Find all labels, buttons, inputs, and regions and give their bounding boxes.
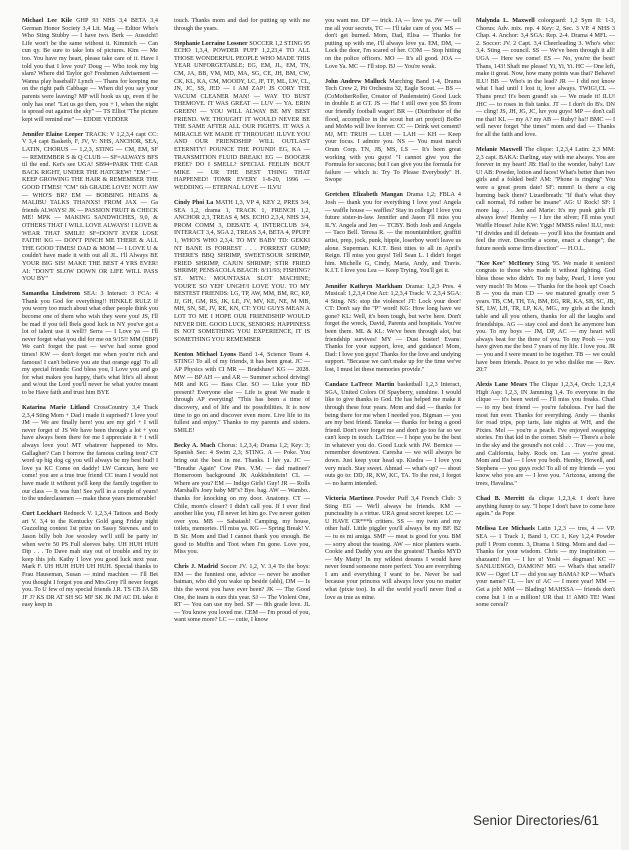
- senior-text: Sting '95. We made it seniors! congrats …: [476, 261, 615, 373]
- senior-text: Band 1-4, Science Team 4. STING! To all …: [174, 352, 310, 434]
- page-footer-label: Senior Directories/61: [473, 813, 599, 828]
- senior-entry: Gretchen Elizabeth Mangan Drama 1,2; FBL…: [325, 192, 461, 276]
- senior-text: CrossCountry 3,4 Track 2,3,4 Sting Mom +…: [22, 405, 158, 502]
- senior-text: Marching Band 1-4, Drama Tech Crew 2, Pi…: [325, 79, 461, 184]
- senior-entry: Kenton Michael Lyons Band 1-4, Science T…: [174, 352, 310, 436]
- senior-text: colorguard: 1,2 Sym II: 1-3, Chorus: Adv…: [476, 18, 615, 138]
- senior-name: Curt Lockhart: [22, 511, 61, 517]
- senior-name: Cindy Phoi La: [174, 200, 213, 206]
- column-2: touch. Thanks mom and dad for putting up…: [174, 18, 310, 633]
- senior-text: basketball 1,2,3 Interact, SGA, United C…: [325, 382, 461, 487]
- senior-text: SOCCER 1,2 STING 95 ECHO 1,3,4, POWDER P…: [174, 41, 310, 191]
- senior-entry: Curt Lockhart Redneck V. 1,2,3,4 Tattoos…: [22, 511, 158, 610]
- senior-entry: Melissa Lee Michaels Latin 1,2,3 — tres,…: [476, 526, 615, 610]
- page-edge-shadow: [621, 0, 629, 850]
- senior-name: Kenton Michael Lyons: [174, 352, 236, 358]
- senior-entry-continued: you want me. DF — trick. JA — love ya. J…: [325, 18, 461, 71]
- senior-name: Alexis Lane Mears: [476, 382, 527, 388]
- senior-entry: Jennifer Elaine Leeper TRACK: V 1,2,3,4 …: [22, 132, 158, 284]
- yearbook-page: Michael Lee Kile GHP 93 NHS 3,4 BETA 3,4…: [22, 18, 619, 800]
- senior-name: Jennifer Kathryn Markham: [325, 284, 402, 290]
- senior-text: The clique: 1,2,3,4 Latin: 2,3 MM: 2,3 c…: [476, 147, 615, 252]
- senior-entry: Michael Lee Kile GHP 93 NHS 3,4 BETA 3,4…: [22, 18, 158, 124]
- senior-name: "Kee Kee" McHenry: [476, 261, 534, 267]
- senior-name: Samantha Lindstrom: [22, 291, 80, 297]
- senior-entry: Malynda L. Maxwell colorguard: 1,2 Sym I…: [476, 18, 615, 140]
- senior-text: TRACK: V 1,2,3,4 capt CC: V 3,4 capt Bas…: [22, 132, 158, 282]
- senior-text: Redneck V. 1,2,3,4 Tattoos and Body art …: [22, 511, 158, 608]
- senior-name: Jennifer Elaine Leeper: [22, 132, 83, 138]
- senior-entry: Alexis Lane Mears The Clique 1,2,3,4, Or…: [476, 382, 615, 488]
- senior-name: Chad B. Merritt: [476, 496, 524, 502]
- senior-name: Katarina Marie Litland: [22, 405, 90, 411]
- column-4: Malynda L. Maxwell colorguard: 1,2 Sym I…: [476, 18, 615, 617]
- senior-text: SEA: 3 Interact: 3 FCA: 4 Thank you God …: [22, 291, 158, 396]
- senior-name: Victoria Martinez: [325, 496, 373, 502]
- senior-name: Michael Lee Kile: [22, 18, 72, 24]
- senior-entry: Samantha Lindstrom SEA: 3 Interact: 3 FC…: [22, 291, 158, 397]
- senior-entry: Cindy Phoi La MATH 1,3, VP 4, KEY 2, PRE…: [174, 200, 310, 344]
- senior-name: Gretchen Elizabeth Mangan: [325, 192, 403, 198]
- senior-name: Malynda L. Maxwell: [476, 18, 535, 24]
- senior-entry: Candace LaTrece Martin basketball 1,2,3 …: [325, 382, 461, 488]
- senior-name: Stephanie Lorraine Lossner: [174, 41, 248, 47]
- senior-text: Chorus: 1,2,3,4; Drama 1,2; Key: 3; Span…: [174, 443, 310, 555]
- senior-name: Becky A. Mach: [174, 443, 215, 449]
- senior-name: Melanie Maxwell: [476, 147, 522, 153]
- senior-text: Drama: 1,2,3 Pres. 4 Musical: 1,2,3,4 On…: [325, 284, 461, 374]
- senior-entry: John Andrew Malluck Marching Band 1-4, D…: [325, 79, 461, 185]
- senior-entry: Victoria Martinez Powder Puff 3,4 French…: [325, 496, 461, 602]
- senior-entry: Stephanie Lorraine Lossner SOCCER 1,2 ST…: [174, 41, 310, 193]
- senior-text: The Clique 1,2,3,4, Orch: 1,2,3,4 High A…: [476, 382, 615, 487]
- senior-entry: Katarina Marie Litland CrossCountry 3,4 …: [22, 405, 158, 504]
- senior-text: Drama 1,2; FBLA 4 Josh — thank you for e…: [325, 192, 461, 274]
- senior-entry: Jennifer Kathryn Markham Drama: 1,2,3 Pr…: [325, 284, 461, 375]
- senior-name: Melissa Lee Michaels: [476, 526, 535, 532]
- senior-name: Candace LaTrece Martin: [325, 382, 394, 388]
- senior-entry: Becky A. Mach Chorus: 1,2,3,4; Drama 1,2…: [174, 443, 310, 557]
- senior-entry-continued: touch. Thanks mom and dad for putting up…: [174, 18, 310, 33]
- senior-text: touch. Thanks mom and dad for putting up…: [174, 18, 310, 32]
- column-3: you want me. DF — trick. JA — love ya. J…: [325, 18, 461, 610]
- senior-text: GHP 93 NHS 3,4 BETA 3,4 German Honor Soc…: [22, 18, 158, 123]
- senior-text: Powder Puff 3,4 French Club: 3 Sting EG …: [325, 496, 461, 601]
- column-1: Michael Lee Kile GHP 93 NHS 3,4 BETA 3,4…: [22, 18, 158, 617]
- senior-text: you want me. DF — trick. JA — love ya. J…: [325, 18, 461, 70]
- senior-text: Latin 1,2,3 — tres, 4 — VP. SEA — 1 Trac…: [476, 526, 615, 608]
- senior-entry: "Kee Kee" McHenry Sting '95. We made it …: [476, 261, 615, 375]
- senior-entry: Melanie Maxwell The clique: 1,2,3,4 Lati…: [476, 147, 615, 253]
- senior-text: Soccer JV. 1,2, V. 3,4 To the boys: EM —…: [174, 564, 310, 623]
- senior-text: MATH 1,3, VP 4, KEY 2, PRES 3/4, SEA 1,2…: [174, 200, 310, 343]
- senior-name: Chris J. Madrid: [174, 564, 218, 570]
- senior-name: John Andrew Malluck: [325, 79, 386, 85]
- senior-entry: Chris J. Madrid Soccer JV. 1,2, V. 3,4 T…: [174, 564, 310, 625]
- senior-entry: Chad B. Merritt da clique 1,2,3,4. I don…: [476, 496, 615, 519]
